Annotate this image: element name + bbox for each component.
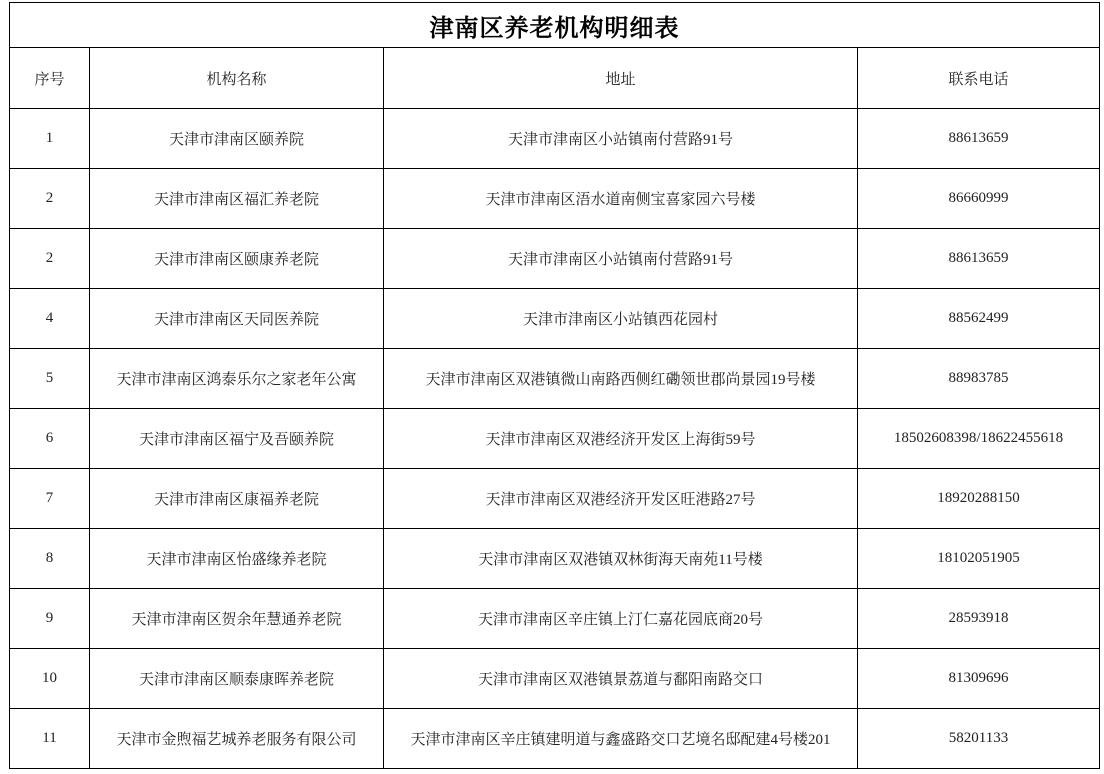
cell-phone: 88983785 — [858, 349, 1100, 409]
cell-seq: 4 — [10, 289, 90, 349]
cell-phone: 86660999 — [858, 169, 1100, 229]
cell-phone: 58201133 — [858, 709, 1100, 769]
title-row: 津南区养老机构明细表 — [10, 3, 1100, 48]
cell-address: 天津市津南区双港经济开发区旺港路27号 — [384, 469, 858, 529]
cell-phone: 88562499 — [858, 289, 1100, 349]
cell-address: 天津市津南区双港经济开发区上海街59号 — [384, 409, 858, 469]
table-row: 11天津市金煦福艺城养老服务有限公司天津市津南区辛庄镇建明道与鑫盛路交口艺境名邸… — [10, 709, 1100, 769]
cell-seq: 2 — [10, 169, 90, 229]
cell-address: 天津市津南区双港镇微山南路西侧红磡领世郡尚景园19号楼 — [384, 349, 858, 409]
table-row: 5天津市津南区鸿泰乐尔之家老年公寓天津市津南区双港镇微山南路西侧红磡领世郡尚景园… — [10, 349, 1100, 409]
cell-phone: 18920288150 — [858, 469, 1100, 529]
care-homes-table: 津南区养老机构明细表 序号机构名称地址联系电话 1天津市津南区颐养院天津市津南区… — [9, 2, 1100, 769]
cell-name: 天津市金煦福艺城养老服务有限公司 — [90, 709, 384, 769]
cell-name: 天津市津南区颐养院 — [90, 109, 384, 169]
cell-seq: 6 — [10, 409, 90, 469]
table-row: 9天津市津南区贺余年慧通养老院天津市津南区辛庄镇上汀仁嘉花园底商20号28593… — [10, 589, 1100, 649]
cell-seq: 8 — [10, 529, 90, 589]
cell-name: 天津市津南区颐康养老院 — [90, 229, 384, 289]
cell-name: 天津市津南区天同医养院 — [90, 289, 384, 349]
cell-seq: 10 — [10, 649, 90, 709]
cell-seq: 11 — [10, 709, 90, 769]
cell-seq: 5 — [10, 349, 90, 409]
table-row: 7天津市津南区康福养老院天津市津南区双港经济开发区旺港路27号189202881… — [10, 469, 1100, 529]
table-row: 2天津市津南区福汇养老院天津市津南区浯水道南侧宝喜家园六号楼86660999 — [10, 169, 1100, 229]
cell-name: 天津市津南区福汇养老院 — [90, 169, 384, 229]
table-row: 1天津市津南区颐养院天津市津南区小站镇南付营路91号88613659 — [10, 109, 1100, 169]
table-row: 2天津市津南区颐康养老院天津市津南区小站镇南付营路91号88613659 — [10, 229, 1100, 289]
column-header-phone: 联系电话 — [858, 48, 1100, 109]
cell-phone: 88613659 — [858, 109, 1100, 169]
table-row: 4天津市津南区天同医养院天津市津南区小站镇西花园村88562499 — [10, 289, 1100, 349]
cell-address: 天津市津南区小站镇南付营路91号 — [384, 109, 858, 169]
cell-address: 天津市津南区辛庄镇上汀仁嘉花园底商20号 — [384, 589, 858, 649]
cell-seq: 2 — [10, 229, 90, 289]
document-page: 津南区养老机构明细表 序号机构名称地址联系电话 1天津市津南区颐养院天津市津南区… — [0, 0, 1104, 774]
cell-seq: 7 — [10, 469, 90, 529]
cell-address: 天津市津南区双港镇景荔道与鄱阳南路交口 — [384, 649, 858, 709]
cell-name: 天津市津南区顺泰康晖养老院 — [90, 649, 384, 709]
table-row: 10天津市津南区顺泰康晖养老院天津市津南区双港镇景荔道与鄱阳南路交口813096… — [10, 649, 1100, 709]
cell-name: 天津市津南区福宁及吾颐养院 — [90, 409, 384, 469]
cell-phone: 81309696 — [858, 649, 1100, 709]
cell-address: 天津市津南区双港镇双林街海天南苑11号楼 — [384, 529, 858, 589]
cell-name: 天津市津南区怡盛缘养老院 — [90, 529, 384, 589]
cell-address: 天津市津南区浯水道南侧宝喜家园六号楼 — [384, 169, 858, 229]
cell-phone: 88613659 — [858, 229, 1100, 289]
cell-address: 天津市津南区小站镇西花园村 — [384, 289, 858, 349]
table-row: 8天津市津南区怡盛缘养老院天津市津南区双港镇双林街海天南苑11号楼1810205… — [10, 529, 1100, 589]
cell-phone: 18102051905 — [858, 529, 1100, 589]
column-header-name: 机构名称 — [90, 48, 384, 109]
cell-phone: 28593918 — [858, 589, 1100, 649]
cell-name: 天津市津南区贺余年慧通养老院 — [90, 589, 384, 649]
cell-address: 天津市津南区辛庄镇建明道与鑫盛路交口艺境名邸配建4号楼201 — [384, 709, 858, 769]
column-header-address: 地址 — [384, 48, 858, 109]
table-row: 6天津市津南区福宁及吾颐养院天津市津南区双港经济开发区上海街59号1850260… — [10, 409, 1100, 469]
cell-address: 天津市津南区小站镇南付营路91号 — [384, 229, 858, 289]
cell-seq: 9 — [10, 589, 90, 649]
cell-seq: 1 — [10, 109, 90, 169]
page-title: 津南区养老机构明细表 — [10, 3, 1100, 48]
table-header-row: 序号机构名称地址联系电话 — [10, 48, 1100, 109]
column-header-seq: 序号 — [10, 48, 90, 109]
cell-name: 天津市津南区鸿泰乐尔之家老年公寓 — [90, 349, 384, 409]
cell-phone: 18502608398/18622455618 — [858, 409, 1100, 469]
cell-name: 天津市津南区康福养老院 — [90, 469, 384, 529]
